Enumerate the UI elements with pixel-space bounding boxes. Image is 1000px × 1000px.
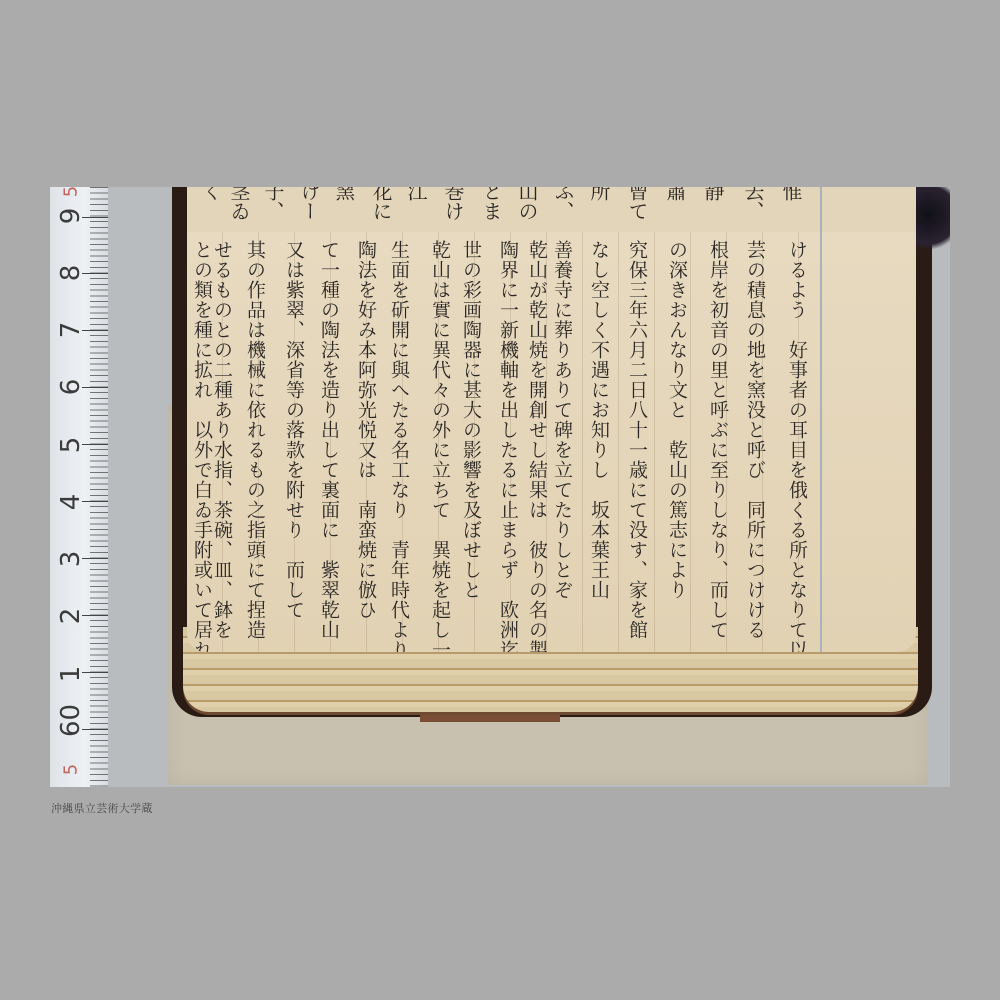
- ruler-label: 3: [56, 544, 86, 574]
- photo-caption: 沖縄県立芸術大学蔵: [51, 800, 153, 816]
- strip-column: 窯: [330, 187, 359, 201]
- text-column: 究保三年六月二日八十一歳にて没す、家を館: [627, 240, 646, 640]
- text-column: の深きおんなり文と 乾山の篤志により: [667, 240, 686, 600]
- strip-column: ふ、: [549, 187, 578, 221]
- page-margin-line: [820, 232, 822, 652]
- text-column: て一種の陶法を造り出して裏面に 紫翠乾山: [319, 240, 338, 640]
- strip-column: 子、: [259, 187, 288, 221]
- strip-column: 所: [585, 187, 614, 201]
- text-column: 根岸を初音の里と呼ぶに至りしなり、而して: [708, 240, 727, 640]
- measuring-ruler: 5 9 8 7 6 5 4 3 2 1 60 5: [50, 187, 108, 787]
- ruler-label: 60: [56, 707, 86, 737]
- ruler-label: 8: [56, 258, 86, 288]
- facing-page-strip: 惟 去、 静 肅 曾て 所 ふ、 山の とま 巻け 江 花に 窯 けー 子、 茎…: [187, 187, 916, 233]
- ruler-label: 2: [56, 601, 86, 631]
- handwritten-page: けるよう 好事者の耳目を俄くる所となりて以つ如 芸の積息の地を窯没と呼び 同所に…: [187, 232, 916, 652]
- strip-column: 茎ゐ: [225, 187, 254, 221]
- notebook-photograph: 5 9 8 7 6 5 4 3 2 1 60 5 惟 去、 静 肅 曾て 所 ふ…: [50, 187, 950, 787]
- ruler-label: 4: [56, 487, 86, 517]
- text-column: 乾山が乾山焼を開創せし結果は 彼りの名の製: [527, 240, 546, 652]
- text-column: 世の彩画陶器に甚大の影響を及ぼせしと: [461, 240, 480, 600]
- strip-column: 肅: [661, 187, 690, 201]
- strip-column: 江: [402, 187, 431, 201]
- text-column: けるよう 好事者の耳目を俄くる所となりて以つ如: [787, 240, 806, 652]
- strip-column: 山の: [513, 187, 542, 221]
- text-column: 其の作品は機械に依れるもの之指頭にて捏造: [245, 240, 264, 640]
- text-column: 又は紫翠、深省等の落款を附せり 而して: [284, 240, 303, 620]
- strip-column: 巻け: [439, 187, 468, 221]
- strip-column: 静: [699, 187, 728, 201]
- strip-column: とま: [477, 187, 506, 221]
- ruler-label: 9: [56, 201, 86, 231]
- ruler-label: 7: [56, 315, 86, 345]
- binding-thread: [912, 187, 950, 257]
- strip-column: けー: [295, 187, 324, 221]
- text-column: 芸の積息の地を窯没と呼び 同所につけける: [745, 240, 764, 640]
- text-column: 乾山は實に異代々の外に立ちて 異焼を起し一新: [430, 240, 449, 652]
- ruler-label: 6: [56, 372, 86, 402]
- strip-column: 去、: [739, 187, 768, 221]
- text-column: 善養寺に葬りありて碑を立てたりしとぞ: [552, 240, 571, 600]
- text-column: なし空しく不遇にお知りし 坂本葉王山: [589, 240, 608, 600]
- ruler-label: 5: [56, 430, 86, 460]
- ruler-label-bottom: 5: [61, 755, 82, 785]
- text-column: せるものとの二種あり水指、茶碗、皿、鉢を: [212, 240, 231, 640]
- text-column: との類を種に拡れ 以外で白ゐ手附或いて居れる: [192, 240, 211, 652]
- text-column: 陶界に一新機軸を出したるに止まらず 欧洲迄: [498, 240, 517, 652]
- strip-column: 曾て: [623, 187, 652, 221]
- ruler-label: 1: [56, 659, 86, 689]
- text-column: 陶法を好み本阿弥光悦又は 南蛮焼に倣ひ: [356, 240, 375, 620]
- cover-tab: [420, 712, 560, 722]
- strip-column: 惟: [777, 187, 806, 201]
- strip-column: く: [197, 187, 226, 201]
- strip-column: 花に: [367, 187, 396, 221]
- text-column: 生面を斫開に與へたる名工なり 青年時代より: [389, 240, 408, 652]
